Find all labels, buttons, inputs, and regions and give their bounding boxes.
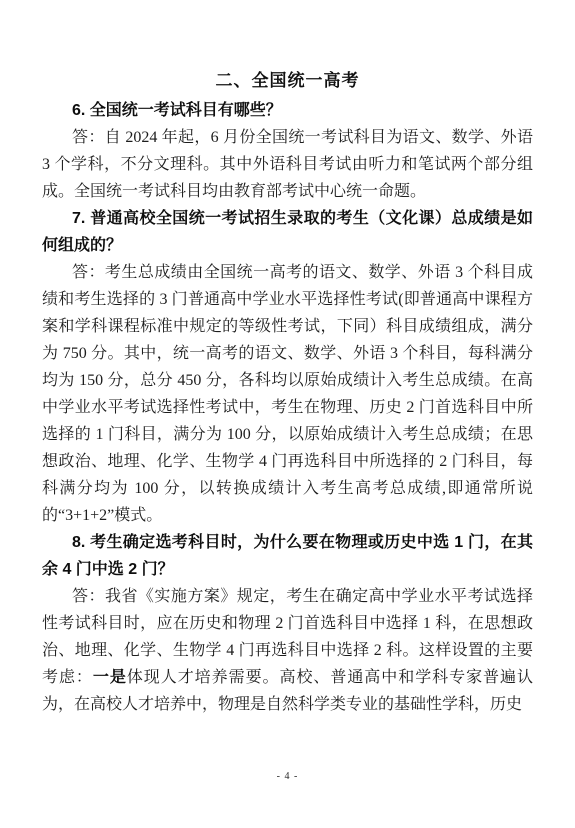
answer-7: 答：考生总成绩由全国统一高考的语文、数学、外语 3 个科目成绩和考生选择的 3 … [42,259,533,529]
answer-8: 答：我省《实施方案》规定，考生在确定高中学业水平考试选择性考试科目时，应在历史和… [42,583,533,718]
answer-8-bold-emphasis: 一是 [93,669,127,686]
document-page: 二、全国统一高考 6. 全国统一考试科目有哪些？ 答：自 2024 年起，6 月… [0,0,575,828]
question-7: 7. 普通高校全国统一考试招生录取的考生（文化课）总成绩是如何组成的？ [42,205,533,259]
question-6: 6. 全国统一考试科目有哪些？ [42,97,533,124]
question-8: 8. 考生确定选考科目时，为什么要在物理或历史中选 1 门，在其余 4 门中选 … [42,529,533,583]
section-title: 二、全国统一高考 [42,70,533,92]
page-number: - 4 - [0,771,575,782]
answer-6: 答：自 2024 年起，6 月份全国统一考试科目为语文、数学、外语 3 个学科，… [42,124,533,205]
